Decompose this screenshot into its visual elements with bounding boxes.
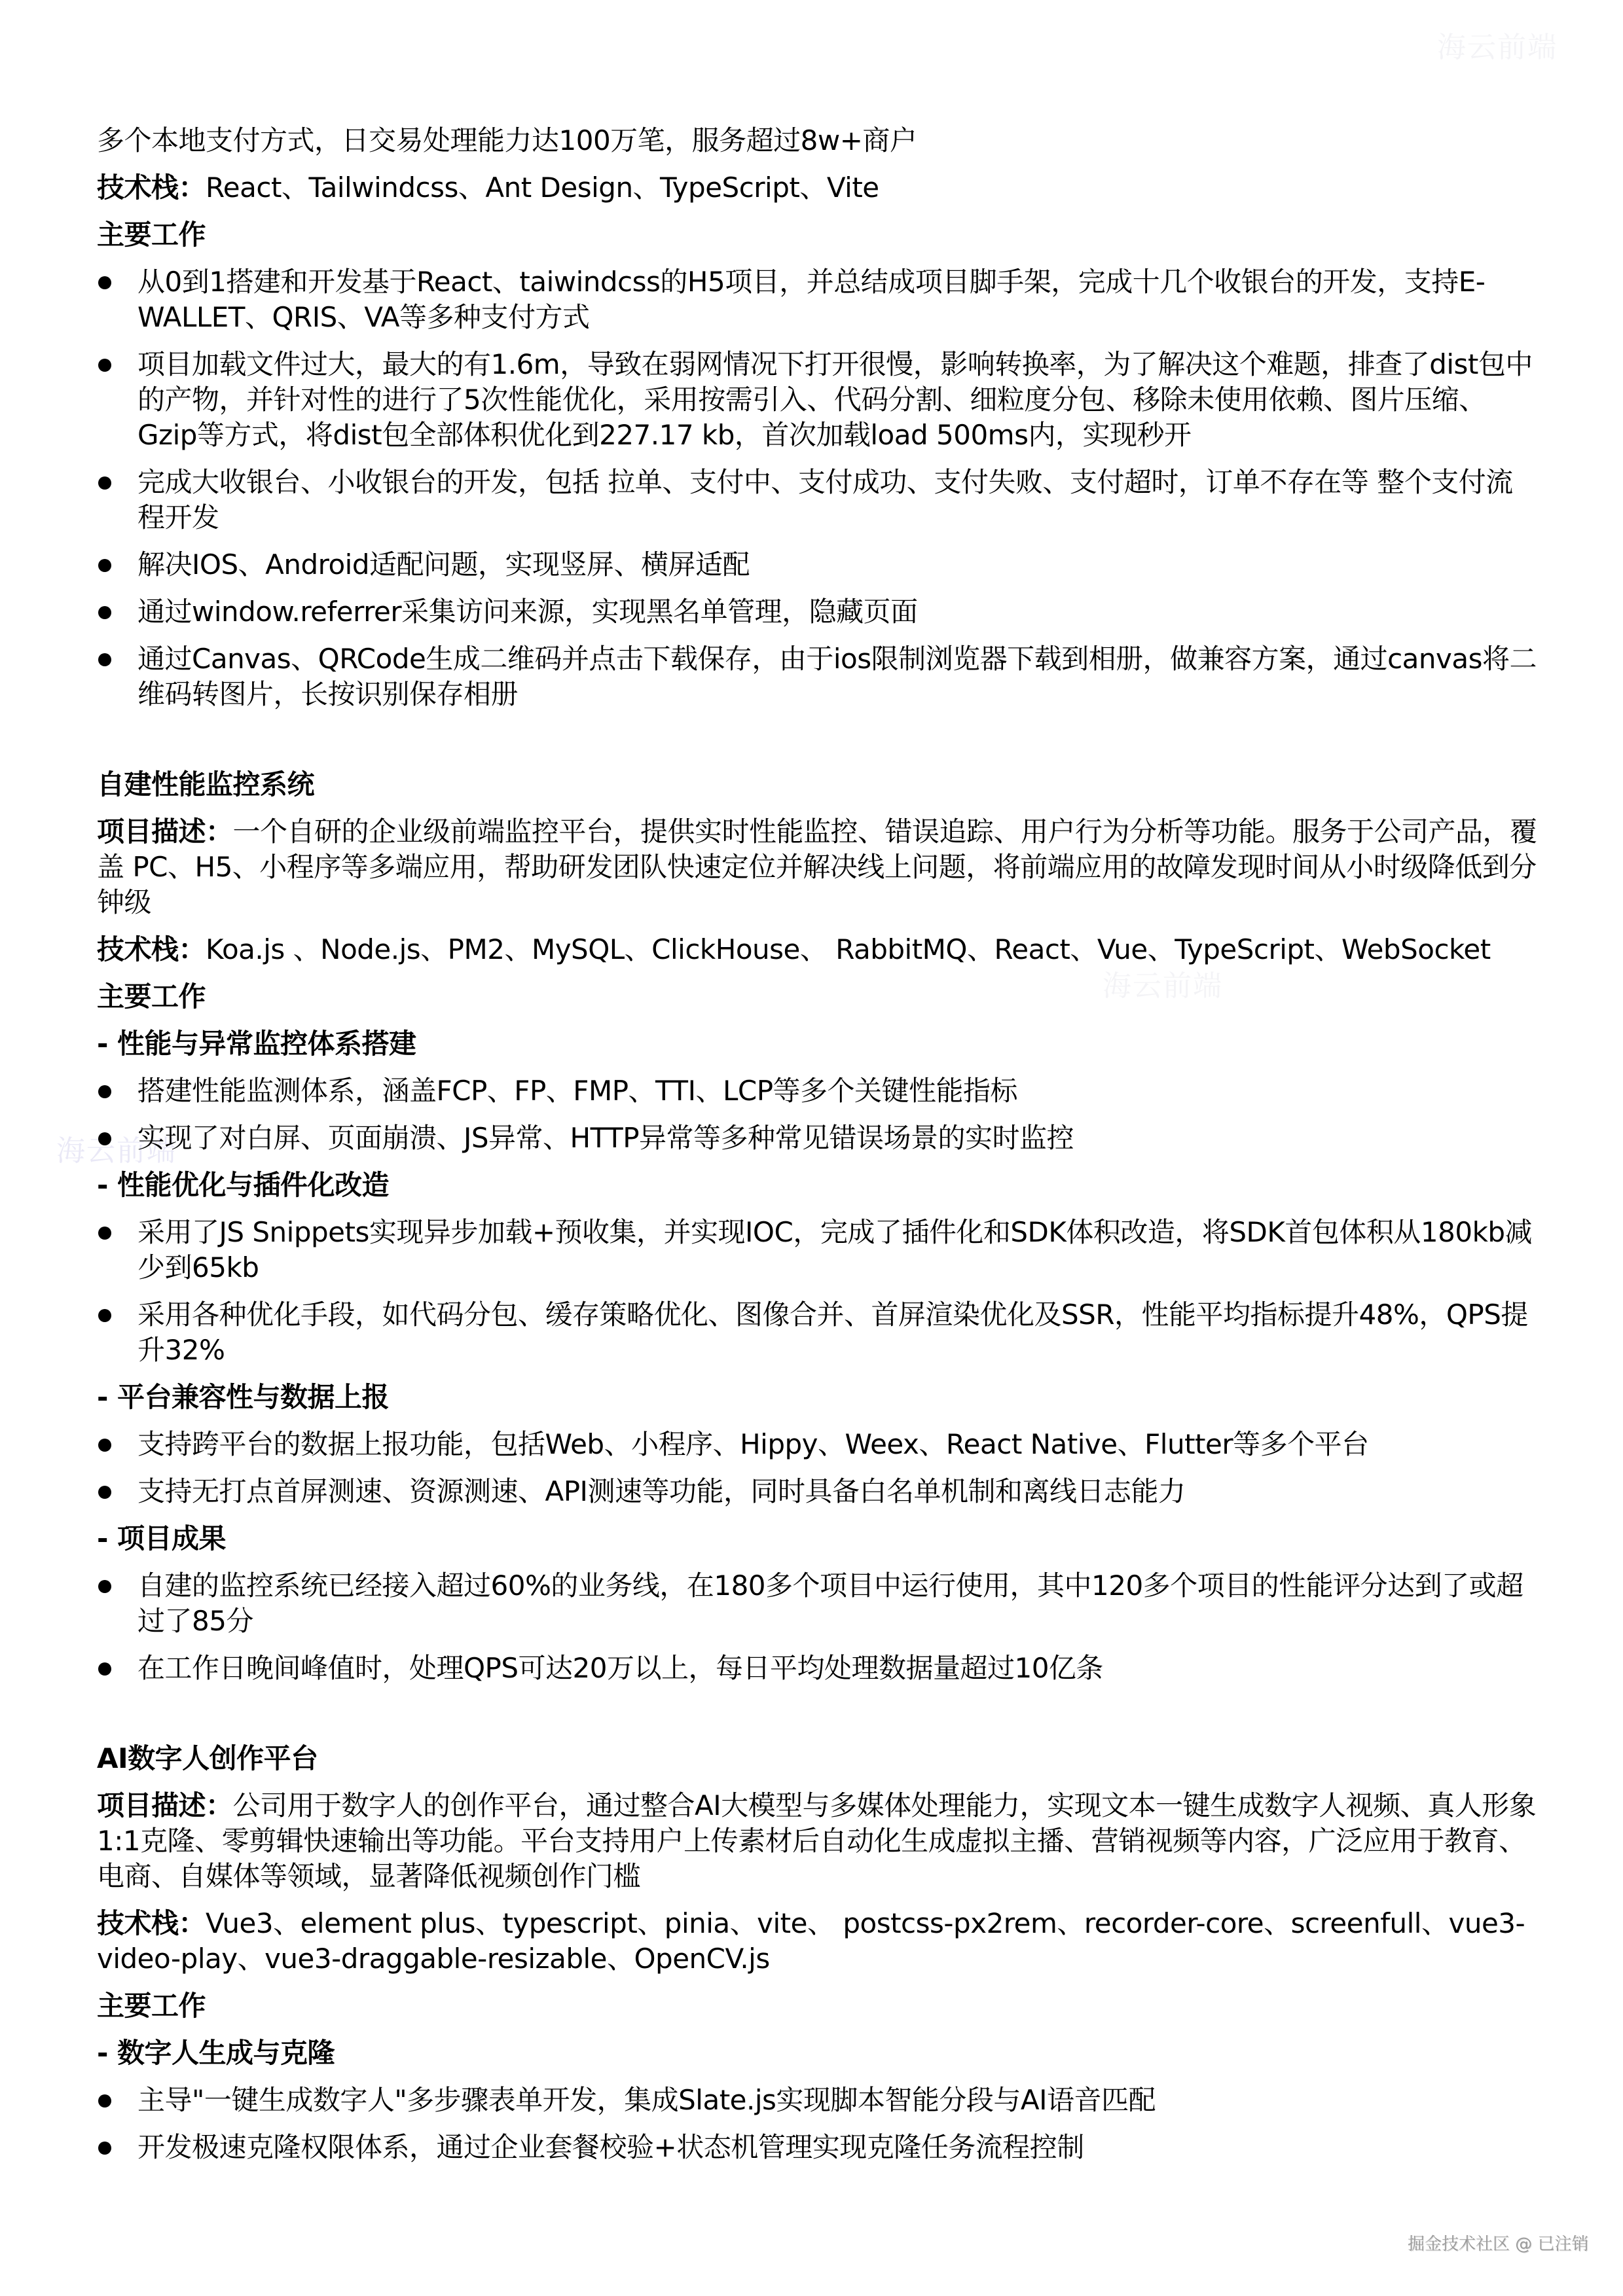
tech-stack-label: 技术栈： — [97, 1907, 206, 1939]
list-item: 采用各种优化手段，如代码分包、缓存策略优化、图像合并、首屏渲染优化及SSR，性能… — [97, 1297, 1537, 1368]
bullet-icon — [98, 1662, 111, 1676]
tech-stack: 技术栈：Vue3、element plus、typescript、pinia、v… — [97, 1906, 1537, 1977]
work-group-list: 支持跨平台的数据上报功能，包括Web、小程序、Hippy、Weex、React … — [97, 1427, 1537, 1509]
bullet-icon — [98, 2094, 111, 2108]
list-item: 支持无打点首屏测速、资源测速、API测速等功能，同时具备白名单机制和离线日志能力 — [97, 1474, 1537, 1509]
main-work-list: 从0到1搭建和开发基于React、taiwindcss的H5项目，并总结成项目脚… — [97, 264, 1537, 712]
list-item: 完成大收银台、小收银台的开发，包括 拉单、支付中、支付成功、支付失败、支付超时，… — [97, 465, 1537, 535]
list-item: 从0到1搭建和开发基于React、taiwindcss的H5项目，并总结成项目脚… — [97, 264, 1537, 335]
list-item: 项目加载文件过大，最大的有1.6m，导致在弱网情况下打开很慢，影响转换率，为了解… — [97, 347, 1537, 453]
work-group-list: 主导"一键生成数字人"多步骤表单开发，集成Slate.js实现脚本智能分段与AI… — [97, 2083, 1537, 2165]
bullet-icon — [98, 1227, 111, 1240]
bullet-icon — [98, 1439, 111, 1452]
tech-stack-label: 技术栈： — [97, 933, 206, 965]
tech-stack-value: Koa.js 、Node.js、PM2、MySQL、ClickHouse、 Ra… — [206, 933, 1491, 965]
work-group-list: 自建的监控系统已经接入超过60%的业务线，在180多个项目中运行使用，其中120… — [97, 1568, 1537, 1686]
bullet-icon — [98, 1309, 111, 1322]
tech-stack: 技术栈：React、Tailwindcss、Ant Design、TypeScr… — [97, 170, 1537, 206]
footer-attribution: 掘金技术社区 @ 已注销 — [1408, 2231, 1589, 2255]
project-monitoring: 自建性能监控系统 项目描述：一个自研的企业级前端监控平台，提供实时性能监控、错误… — [97, 767, 1537, 1686]
list-item: 在工作日晚间峰值时，处理QPS可达20万以上，每日平均处理数据量超过10亿条 — [97, 1651, 1537, 1686]
section-spacer — [97, 724, 1537, 767]
list-item: 主导"一键生成数字人"多步骤表单开发，集成Slate.js实现脚本智能分段与AI… — [97, 2083, 1537, 2118]
work-group-list: 采用了JS Snippets实现异步加载+预收集，并实现IOC，完成了插件化和S… — [97, 1215, 1537, 1368]
work-group-title: - 数字人生成与克隆 — [97, 2036, 1537, 2071]
tech-stack: 技术栈：Koa.js 、Node.js、PM2、MySQL、ClickHouse… — [97, 932, 1537, 967]
bullet-icon — [98, 1580, 111, 1593]
list-item: 通过Canvas、QRCode生成二维码并点击下载保存，由于ios限制浏览器下载… — [97, 641, 1537, 712]
tech-stack-label: 技术栈： — [97, 171, 206, 204]
list-item: 开发极速克隆权限体系，通过企业套餐校验+状态机管理实现克隆任务流程控制 — [97, 2130, 1537, 2165]
work-group-list: 搭建性能监测体系，涵盖FCP、FP、FMP、TTI、LCP等多个关键性能指标 实… — [97, 1073, 1537, 1156]
list-item: 支持跨平台的数据上报功能，包括Web、小程序、Hippy、Weex、React … — [97, 1427, 1537, 1462]
project-description-value: 一个自研的企业级前端监控平台，提供实时性能监控、错误追踪、用户行为分析等功能。服… — [97, 816, 1537, 918]
project-ai-digital-human: AI数字人创作平台 项目描述：公司用于数字人的创作平台，通过整合AI大模型与多媒… — [97, 1741, 1537, 2165]
list-item: 采用了JS Snippets实现异步加载+预收集，并实现IOC，完成了插件化和S… — [97, 1215, 1537, 1285]
bullet-icon — [98, 1132, 111, 1145]
list-item: 自建的监控系统已经接入超过60%的业务线，在180多个项目中运行使用，其中120… — [97, 1568, 1537, 1639]
bullet-icon — [98, 2142, 111, 2155]
project-payment: 多个本地支付方式，日交易处理能力达100万笔，服务超过8w+商户 技术栈：Rea… — [97, 123, 1537, 712]
tech-stack-value: React、Tailwindcss、Ant Design、TypeScript、… — [206, 171, 879, 204]
project-title: AI数字人创作平台 — [97, 1741, 1537, 1776]
bullet-icon — [98, 559, 111, 572]
watermark: 海云前端 — [1437, 24, 1558, 65]
tech-stack-value: Vue3、element plus、typescript、pinia、vite、… — [97, 1907, 1525, 1975]
list-item: 解决IOS、Android适配问题，实现竖屏、横屏适配 — [97, 547, 1537, 583]
work-group-title: - 平台兼容性与数据上报 — [97, 1380, 1537, 1415]
main-work-heading: 主要工作 — [97, 217, 1537, 253]
section-spacer — [97, 1698, 1537, 1741]
bullet-icon — [98, 276, 111, 289]
project-description-tail: 多个本地支付方式，日交易处理能力达100万笔，服务超过8w+商户 — [97, 123, 1537, 158]
project-description: 项目描述：一个自研的企业级前端监控平台，提供实时性能监控、错误追踪、用户行为分析… — [97, 814, 1537, 920]
project-description: 项目描述：公司用于数字人的创作平台，通过整合AI大模型与多媒体处理能力，实现文本… — [97, 1788, 1537, 1894]
project-title: 自建性能监控系统 — [97, 767, 1537, 802]
bullet-icon — [98, 476, 111, 490]
resume-page: 多个本地支付方式，日交易处理能力达100万笔，服务超过8w+商户 技术栈：Rea… — [97, 123, 1537, 2177]
project-description-label: 项目描述： — [97, 816, 233, 848]
list-item: 搭建性能监测体系，涵盖FCP、FP、FMP、TTI、LCP等多个关键性能指标 — [97, 1073, 1537, 1109]
work-group-title: - 性能与异常监控体系搭建 — [97, 1026, 1537, 1062]
work-group-title: - 项目成果 — [97, 1521, 1537, 1556]
bullet-icon — [98, 606, 111, 619]
bullet-icon — [98, 1085, 111, 1098]
list-item: 实现了对白屏、页面崩溃、JS异常、HTTP异常等多种常见错误场景的实时监控 — [97, 1121, 1537, 1156]
bullet-icon — [98, 359, 111, 372]
project-description-value: 公司用于数字人的创作平台，通过整合AI大模型与多媒体处理能力，实现文本一键生成数… — [97, 1789, 1536, 1892]
list-item: 通过window.referrer采集访问来源，实现黑名单管理，隐藏页面 — [97, 594, 1537, 630]
bullet-icon — [98, 653, 111, 666]
project-description-label: 项目描述： — [97, 1789, 233, 1821]
bullet-icon — [98, 1486, 111, 1499]
work-group-title: - 性能优化与插件化改造 — [97, 1168, 1537, 1203]
main-work-heading: 主要工作 — [97, 1988, 1537, 2024]
main-work-heading: 主要工作 — [97, 979, 1537, 1014]
